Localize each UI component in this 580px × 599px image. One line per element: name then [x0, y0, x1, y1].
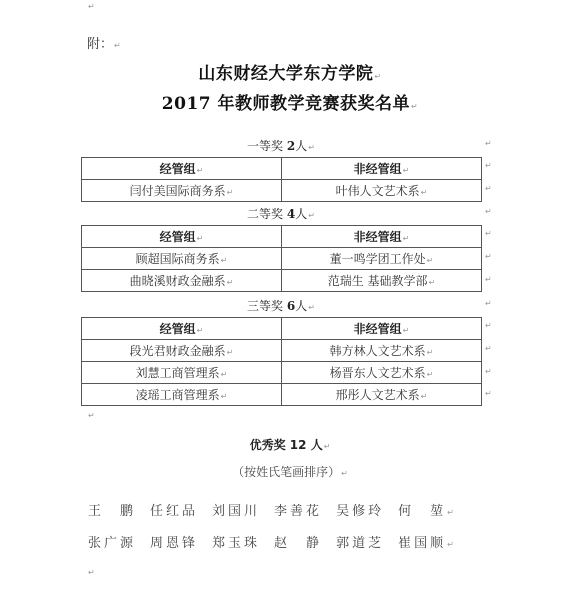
- row-end-mark: ↵: [485, 161, 492, 170]
- excellent-award-label: 优秀奖: [250, 438, 286, 452]
- paragraph-mark: ↵: [447, 508, 457, 517]
- paragraph-mark: ↵: [308, 211, 315, 220]
- cell-management: 段光君财政金融系↵: [82, 340, 282, 362]
- paragraph-mark: ↵: [308, 143, 315, 152]
- excellent-award-heading: 优秀奖 12 人↵: [0, 436, 580, 453]
- first-prize-table: 经管组↵ 非经管组↵ 闫付美国际商务系↵ 叶伟人文艺术系↵: [81, 157, 482, 202]
- winner-name: 赵 静: [274, 536, 322, 551]
- first-prize-heading: 一等奖 2人↵: [81, 137, 481, 154]
- winner-name: 张广源: [88, 536, 136, 551]
- paragraph-mark: ↵: [447, 540, 457, 549]
- table-header-row: 经管组↵ 非经管组↵: [82, 158, 482, 180]
- paragraph-mark: ↵: [308, 303, 315, 312]
- sort-order-note: （按姓氏笔画排序）↵: [0, 463, 580, 480]
- excellent-award-count: 12: [290, 438, 307, 452]
- attachment-label: 附：↵: [87, 33, 121, 52]
- row-end-mark: ↵: [485, 184, 492, 193]
- winner-name: 何 堃: [398, 504, 446, 519]
- third-prize-unit: 人: [295, 299, 307, 313]
- document-title-line1: 山东财经大学东方学院↵: [0, 59, 580, 84]
- paragraph-mark: ↵: [485, 139, 492, 148]
- header-management: 经管组↵: [82, 158, 282, 180]
- cell-non-management: 董一鸣学团工作处↵: [282, 248, 482, 270]
- row-end-mark: ↵: [485, 275, 492, 284]
- attachment-label-text: 附：: [87, 37, 113, 52]
- paragraph-mark: ↵: [485, 299, 492, 308]
- third-prize-table: 经管组↵ 非经管组↵ 段光君财政金融系↵ 韩方林人文艺术系↵ 刘慧工商管理系↵ …: [81, 317, 482, 406]
- first-prize-count: 2: [287, 139, 295, 153]
- winner-name: 崔国顺: [398, 536, 446, 551]
- third-prize-label: 三等奖: [247, 299, 283, 313]
- second-prize-count: 4: [287, 207, 295, 221]
- first-prize-unit: 人: [295, 139, 307, 153]
- paragraph-mark: ↵: [324, 442, 331, 451]
- second-prize-heading: 二等奖 4人↵: [81, 205, 481, 222]
- winner-name: 刘国川: [212, 504, 260, 519]
- table-row: 闫付美国际商务系↵ 叶伟人文艺术系↵: [82, 180, 482, 202]
- paragraph-mark: ↵: [485, 207, 492, 216]
- cell-non-management: 叶伟人文艺术系↵: [282, 180, 482, 202]
- header-management: 经管组↵: [82, 226, 282, 248]
- table-row: 曲晓溪财政金融系↵ 范瑞生 基础教学部↵: [82, 270, 482, 292]
- paragraph-mark: ↵: [88, 568, 95, 577]
- winner-name: 周恩锋: [150, 536, 198, 551]
- winner-name: 郭道芝: [336, 536, 384, 551]
- title-line1-text: 山东财经大学东方学院: [198, 64, 373, 84]
- second-prize-table: 经管组↵ 非经管组↵ 顾超国际商务系↵ 董一鸣学团工作处↵ 曲晓溪财政金融系↵ …: [81, 225, 482, 292]
- sort-order-note-text: （按姓氏笔画排序）: [232, 465, 340, 479]
- cell-non-management: 范瑞生 基础教学部↵: [282, 270, 482, 292]
- winner-name: 吴修玲: [336, 504, 384, 519]
- paragraph-mark: ↵: [341, 469, 348, 478]
- paragraph-mark: ↵: [88, 2, 95, 11]
- document-title-line2: 2017 年教师教学竞赛获奖名单↵: [0, 89, 580, 114]
- third-prize-count: 6: [287, 299, 295, 313]
- paragraph-mark: ↵: [88, 411, 95, 420]
- header-non-management: 非经管组↵: [282, 226, 482, 248]
- row-end-mark: ↵: [485, 344, 492, 353]
- row-end-mark: ↵: [485, 321, 492, 330]
- header-non-management: 非经管组↵: [282, 158, 482, 180]
- cell-non-management: 邢彤人文艺术系↵: [282, 384, 482, 406]
- table-row: 段光君财政金融系↵ 韩方林人文艺术系↵: [82, 340, 482, 362]
- cell-management: 刘慧工商管理系↵: [82, 362, 282, 384]
- header-management: 经管组↵: [82, 318, 282, 340]
- row-end-mark: ↵: [485, 252, 492, 261]
- winner-name: 郑玉珠: [212, 536, 260, 551]
- cell-management: 曲晓溪财政金融系↵: [82, 270, 282, 292]
- cell-non-management: 杨晋东人文艺术系↵: [282, 362, 482, 384]
- table-row: 刘慧工商管理系↵ 杨晋东人文艺术系↵: [82, 362, 482, 384]
- winner-name: 任红品: [150, 504, 198, 519]
- cell-management: 凌瑶工商管理系↵: [82, 384, 282, 406]
- third-prize-heading: 三等奖 6人↵: [81, 297, 481, 314]
- paragraph-mark: ↵: [374, 72, 381, 81]
- row-end-mark: ↵: [485, 389, 492, 398]
- table-row: 顾超国际商务系↵ 董一鸣学团工作处↵: [82, 248, 482, 270]
- row-end-mark: ↵: [485, 229, 492, 238]
- table-header-row: 经管组↵ 非经管组↵: [82, 226, 482, 248]
- second-prize-label: 二等奖: [247, 207, 283, 221]
- header-non-management: 非经管组↵: [282, 318, 482, 340]
- cell-management: 闫付美国际商务系↵: [82, 180, 282, 202]
- title-line2-text: 2017 年教师教学竞赛获奖名单: [162, 94, 410, 114]
- first-prize-label: 一等奖: [247, 139, 283, 153]
- cell-management: 顾超国际商务系↵: [82, 248, 282, 270]
- excellent-award-unit: 人: [311, 438, 323, 452]
- excellent-names-row-2: 张广源周恩锋郑玉珠赵 静郭道芝崔国顺↵: [88, 532, 457, 551]
- table-row: 凌瑶工商管理系↵ 邢彤人文艺术系↵: [82, 384, 482, 406]
- second-prize-unit: 人: [295, 207, 307, 221]
- row-end-mark: ↵: [485, 367, 492, 376]
- winner-name: 李善花: [274, 504, 322, 519]
- cell-non-management: 韩方林人文艺术系↵: [282, 340, 482, 362]
- winner-name: 王 鹏: [88, 504, 136, 519]
- paragraph-mark: ↵: [114, 41, 121, 50]
- excellent-names-row-1: 王 鹏任红品刘国川李善花吴修玲何 堃↵: [88, 500, 457, 519]
- paragraph-mark: ↵: [411, 102, 418, 111]
- table-header-row: 经管组↵ 非经管组↵: [82, 318, 482, 340]
